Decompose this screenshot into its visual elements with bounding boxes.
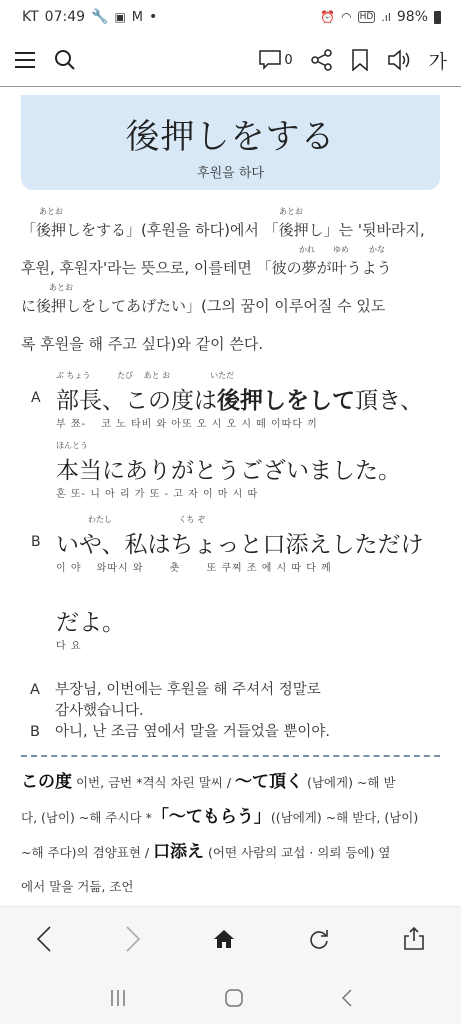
share-icon[interactable] bbox=[311, 49, 333, 71]
recent-apps-icon[interactable] bbox=[109, 989, 127, 1007]
definition: 에서 말을 거듦, 조언 bbox=[21, 879, 134, 894]
korean-pronunciation: 다 요 bbox=[56, 637, 440, 652]
japanese-line: 部長、この度は後押しをして頂き、 bbox=[56, 382, 440, 415]
explanation-line: 록 후원을 해 주고 싶다)와 같이 쓴다. bbox=[21, 318, 440, 356]
status-bar: KT 07:49 🔧 ▣ M • ⏰ ◠ HD .ıl 98% bbox=[0, 0, 461, 34]
term: 口添え bbox=[153, 842, 204, 862]
term: この度 bbox=[21, 772, 72, 792]
definition: (어떤 사람의 교섭 · 의뢰 등에) 옆 bbox=[204, 845, 390, 860]
text: 후원, 후원자'라는 뜻으로, 이를테면 「彼の夢が叶うよう bbox=[21, 257, 392, 278]
article: 後押しをする 후원을 하다 あとおあとお「後押しをする」(후원을 하다)에서 「… bbox=[0, 95, 461, 904]
title-korean: 후원을 하다 bbox=[21, 162, 440, 181]
definition: 이번, 금번 *격식 차린 말씨 / bbox=[72, 775, 235, 790]
japanese-line: 本当にありがとうございました。 bbox=[56, 452, 440, 485]
title-japanese: 後押しをする bbox=[21, 95, 440, 158]
dialogue-row: だよ。 다 요 bbox=[21, 604, 440, 652]
ruby: あとお bbox=[279, 206, 303, 217]
image-icon: ▣ bbox=[114, 10, 125, 24]
speaker-label: B bbox=[21, 722, 55, 743]
comment-button[interactable]: 0 bbox=[259, 50, 292, 70]
alarm-icon: ⏰ bbox=[320, 10, 335, 24]
dialogue: ぶ ちょう たび あと お いただ A 部長、この度は後押しをして頂き、 부 쬬… bbox=[21, 370, 440, 652]
term: 「～てもらう」 bbox=[152, 807, 271, 827]
definition: (남에게) ~해 받 bbox=[303, 775, 396, 790]
translation-text: 아니, 난 조금 옆에서 말을 거들었을 뿐이야. bbox=[55, 722, 330, 743]
title-box: 後押しをする 후원을 하다 bbox=[21, 95, 440, 190]
translation-text: 감사했습니다. bbox=[55, 701, 144, 722]
japanese-line: だよ。 bbox=[56, 604, 440, 637]
korean-pronunciation: 부 쬬- 코 노 타비 와 아또 오 시 오 시 떼 이따다 끼 bbox=[56, 415, 440, 430]
furigana: ほんとう bbox=[56, 440, 440, 452]
text: 部長、この度は bbox=[56, 388, 217, 414]
definition: ((남에게) ~해 받다, (남이) bbox=[271, 810, 418, 825]
system-back-icon[interactable] bbox=[341, 988, 353, 1008]
ruby: ゆめ bbox=[333, 244, 349, 255]
back-icon[interactable] bbox=[36, 926, 52, 952]
gmail-icon: M bbox=[132, 10, 143, 25]
menu-icon[interactable] bbox=[14, 51, 36, 69]
text: 록 후원을 해 주고 싶다)와 같이 쓴다. bbox=[21, 333, 263, 354]
furigana: わたし くち ぞ bbox=[56, 514, 440, 526]
hd-icon: HD bbox=[358, 11, 376, 23]
wrench-icon: 🔧 bbox=[91, 9, 108, 25]
speaker-label: A bbox=[31, 390, 41, 406]
vocabulary-notes: この度 이번, 금번 *격식 차린 말씨 / ～て頂く (남에게) ~해 받 다… bbox=[21, 765, 440, 904]
clock: 07:49 bbox=[45, 9, 85, 25]
refresh-icon[interactable] bbox=[308, 928, 330, 950]
home-icon[interactable] bbox=[213, 929, 235, 949]
definition: 다, (남이) ~해 주시다 * bbox=[21, 810, 152, 825]
ruby: かな bbox=[369, 244, 385, 255]
explanation-line: あとおに後押しをしてあげたい」(그의 꿈이 이루어질 수 있도 bbox=[21, 280, 440, 318]
browser-bottom-bar bbox=[0, 906, 461, 1024]
signal-icon: .ıl bbox=[381, 11, 391, 24]
translation: A부장님, 이번에는 후원을 해 주셔서 정말로 감사했습니다. B아니, 난 … bbox=[21, 680, 440, 743]
font-size-button[interactable]: 가 bbox=[429, 47, 447, 74]
forward-icon[interactable] bbox=[125, 926, 141, 952]
korean-pronunciation: 이 야 와따시 와 춋 또 쿠찌 조 에 시 따 다 께 bbox=[56, 559, 440, 574]
furigana: ぶ ちょう たび あと お いただ bbox=[56, 370, 440, 382]
explanation-line: あとおあとお「後押しをする」(후원을 하다)에서 「後押し」는 '뒷바라지, bbox=[21, 204, 440, 242]
battery-icon bbox=[434, 11, 441, 24]
term: ～て頂く bbox=[235, 772, 303, 792]
japanese-line: いや、私はちょっと口添えしただけ bbox=[56, 526, 440, 559]
dialogue-row: わたし くち ぞ B いや、私はちょっと口添えしただけ 이 야 와따시 와 춋 … bbox=[21, 514, 440, 574]
definition: ~해 주다)의 겸양표현 / bbox=[21, 845, 153, 860]
text: 「後押しをする」(후원을 하다)에서 「後押し」는 '뒷바라지, bbox=[21, 219, 425, 240]
system-home-icon[interactable] bbox=[224, 988, 244, 1008]
text: 頂き、 bbox=[355, 388, 423, 414]
ruby: かれ bbox=[299, 244, 315, 255]
wifi-icon: ◠ bbox=[341, 10, 351, 24]
comment-icon bbox=[259, 50, 281, 70]
dialogue-row: ほんとう 本当にありがとうございました。 혼 또- 니 아 리 가 또 - 고 … bbox=[21, 440, 440, 500]
comment-count: 0 bbox=[284, 53, 292, 68]
toolbar: 0 가 bbox=[0, 34, 461, 87]
explanation: あとおあとお「後押しをする」(후원을 하다)에서 「後押し」는 '뒷바라지, か… bbox=[21, 204, 440, 356]
search-icon[interactable] bbox=[54, 49, 76, 71]
carrier: KT bbox=[22, 9, 39, 25]
dot-icon: • bbox=[149, 9, 157, 25]
bold-text: 後押しをして bbox=[217, 388, 355, 414]
speaker-icon[interactable] bbox=[387, 49, 411, 71]
speaker-label: A bbox=[21, 680, 55, 701]
bookmark-icon[interactable] bbox=[351, 49, 369, 71]
share-out-icon[interactable] bbox=[403, 927, 425, 951]
ruby: あとお bbox=[49, 282, 73, 293]
korean-pronunciation: 혼 또- 니 아 리 가 또 - 고 자 이 마 시 따 bbox=[56, 485, 440, 500]
dialogue-row: ぶ ちょう たび あと お いただ A 部長、この度は後押しをして頂き、 부 쬬… bbox=[21, 370, 440, 430]
text: に後押しをしてあげたい」(그의 꿈이 이루어질 수 있도 bbox=[21, 295, 385, 316]
dashed-divider bbox=[21, 755, 440, 757]
ruby: あとお bbox=[39, 206, 63, 217]
battery-level: 98% bbox=[397, 9, 428, 25]
translation-text: 부장님, 이번에는 후원을 해 주셔서 정말로 bbox=[55, 680, 321, 701]
explanation-line: かれゆめかな후원, 후원자'라는 뜻으로, 이를테면 「彼の夢が叶うよう bbox=[21, 242, 440, 280]
speaker-label: B bbox=[31, 534, 41, 550]
